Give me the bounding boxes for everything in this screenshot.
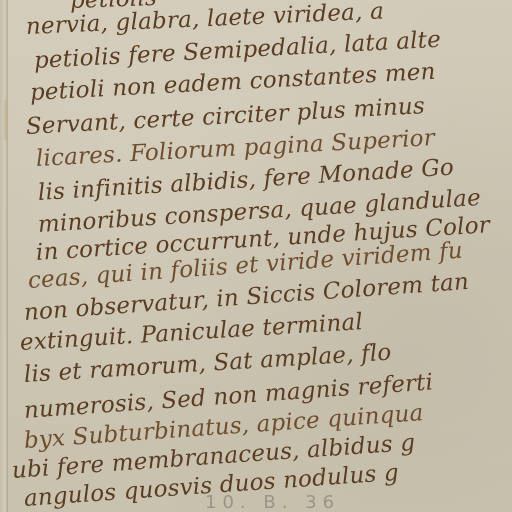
- page-fold-line: [7, 0, 8, 512]
- pencil-shelfmark: 10. B. 36: [205, 492, 340, 512]
- paper-stain: [4, 100, 7, 140]
- manuscript-page: petiolis nervia, glabra, laete viridea, …: [0, 0, 512, 512]
- page-left-edge: [0, 0, 7, 512]
